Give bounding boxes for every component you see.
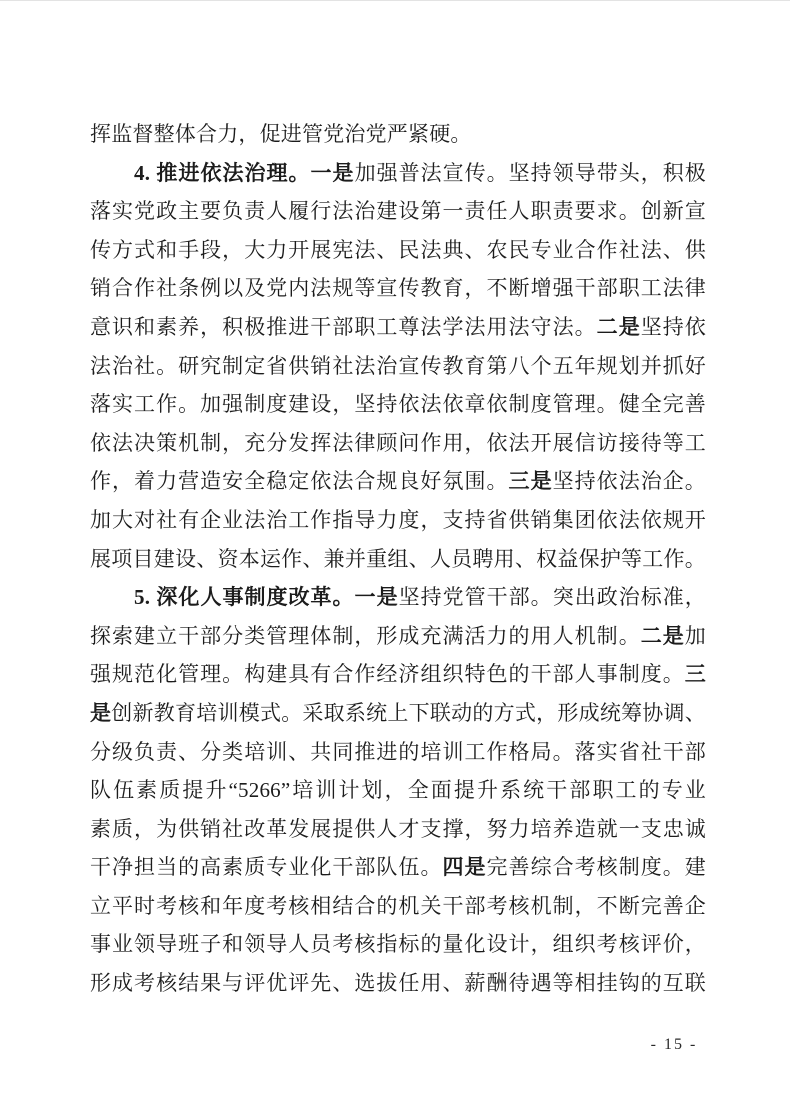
text-line: 挥监督整体合力，促进管党治党严紧硬。 [90,115,706,154]
text-line: 立平时考核和年度考核相结合的机关干部考核机制，不断完善企 [90,887,706,926]
text-segment: 坚持党管干部。突出政治标准， [399,585,706,609]
bold-text-segment: 4. 推进依法治理。一是 [134,161,355,185]
text-line: 强规范化管理。构建具有合作经济组织特色的干部人事制度。三 [90,655,706,694]
text-segment: 展项目建设、资本运作、兼并重组、人员聘用、权益保护等工作。 [90,547,706,571]
text-segment: 加大对社有企业法治工作指导力度，支持省供销集团依法依规开 [90,508,706,532]
text-line: 素质，为供销社改革发展提供人才支撑，努力培养造就一支忠诚 [90,810,706,849]
bold-text-segment: 二是 [597,315,641,339]
text-line: 法治社。研究制定省供销社法治宣传教育第八个五年规划并抓好 [90,347,706,386]
text-segment: 事业领导班子和领导人员考核指标的量化设计，组织考核评价， [90,932,706,956]
text-line: 加大对社有企业法治工作指导力度，支持省供销集团依法依规开 [90,501,706,540]
text-segment: 作，着力营造安全稳定依法合规良好氛围。 [90,469,509,493]
text-segment: 坚持依法治企。 [553,469,706,493]
text-segment: 销合作社条例以及党内法规等宣传教育，不断增强干部职工法律 [90,276,706,300]
bold-text-segment: 是 [90,701,111,725]
text-line: 落实党政主要负责人履行法治建设第一责任人职责要求。创新宣 [90,192,706,231]
text-line: 展项目建设、资本运作、兼并重组、人员聘用、权益保护等工作。 [90,540,706,579]
text-line: 是创新教育培训模式。采取系统上下联动的方式，形成统筹协调、 [90,694,706,733]
text-segment: 分级负责、分类培训、共同推进的培训工作格局。落实省社干部 [90,740,706,764]
text-segment: 意识和素养，积极推进干部职工尊法学法用法守法。 [90,315,597,339]
document-page: 挥监督整体合力，促进管党治党严紧硬。4. 推进依法治理。一是加强普法宣传。坚持领… [0,0,790,1118]
text-line: 形成考核结果与评优评先、选拔任用、薪酬待遇等相挂钩的互联 [90,964,706,1003]
text-line: 分级负责、分类培训、共同推进的培训工作格局。落实省社干部 [90,733,706,772]
bold-text-segment: 四是 [442,855,486,879]
page-number: - 15 - [644,1034,704,1056]
text-line: 干净担当的高素质专业化干部队伍。四是完善综合考核制度。建 [90,848,706,887]
text-segment: 立平时考核和年度考核相结合的机关干部考核机制，不断完善企 [90,894,706,918]
text-segment: 加 [685,624,706,648]
bold-text-segment: 5. 深化人事制度改革。一是 [134,585,399,609]
text-line: 探索建立干部分类管理体制，形成充满活力的用人机制。二是加 [90,617,706,656]
text-line: 落实工作。加强制度建设，坚持依法依章依制度管理。健全完善 [90,385,706,424]
text-line: 销合作社条例以及党内法规等宣传教育，不断增强干部职工法律 [90,269,706,308]
bold-text-segment: 二是 [641,624,685,648]
text-segment: 加强普法宣传。坚持领导带头，积极 [355,161,706,185]
text-segment: 探索建立干部分类管理体制，形成充满活力的用人机制。 [90,624,641,648]
text-segment: 坚持依 [641,315,706,339]
text-segment: 素质，为供销社改革发展提供人才支撑，努力培养造就一支忠诚 [90,817,706,841]
text-segment: 形成考核结果与评优评先、选拔任用、薪酬待遇等相挂钩的互联 [90,971,706,995]
text-line: 依法决策机制，充分发挥法律顾问作用，依法开展信访接待等工 [90,424,706,463]
text-segment: 创新教育培训模式。采取系统上下联动的方式，形成统筹协调、 [111,701,706,725]
text-segment: 挥监督整体合力，促进管党治党严紧硬。 [90,122,472,146]
text-segment: 干净担当的高素质专业化干部队伍。 [90,855,442,879]
text-segment: 落实工作。加强制度建设，坚持依法依章依制度管理。健全完善 [90,392,706,416]
text-line: 队伍素质提升“5266”培训计划，全面提升系统干部职工的专业 [90,771,706,810]
text-line: 5. 深化人事制度改革。一是坚持党管干部。突出政治标准， [90,578,706,617]
document-text: 挥监督整体合力，促进管党治党严紧硬。4. 推进依法治理。一是加强普法宣传。坚持领… [90,115,706,1003]
text-segment: 强规范化管理。构建具有合作经济组织特色的干部人事制度。 [90,662,685,686]
text-line: 4. 推进依法治理。一是加强普法宣传。坚持领导带头，积极 [90,154,706,193]
bold-text-segment: 三是 [509,469,553,493]
text-line: 事业领导班子和领导人员考核指标的量化设计，组织考核评价， [90,925,706,964]
text-line: 传方式和手段，大力开展宪法、民法典、农民专业合作社法、供 [90,231,706,270]
text-segment: 依法决策机制，充分发挥法律顾问作用，依法开展信访接待等工 [90,431,706,455]
text-line: 意识和素养，积极推进干部职工尊法学法用法守法。二是坚持依 [90,308,706,347]
text-segment: 队伍素质提升“5266”培训计划，全面提升系统干部职工的专业 [90,778,706,802]
text-segment: 完善综合考核制度。建 [487,855,706,879]
bold-text-segment: 三 [685,662,706,686]
text-line: 作，着力营造安全稳定依法合规良好氛围。三是坚持依法治企。 [90,462,706,501]
scan-edge [0,0,790,1]
text-segment: 传方式和手段，大力开展宪法、民法典、农民专业合作社法、供 [90,238,706,262]
text-segment: 法治社。研究制定省供销社法治宣传教育第八个五年规划并抓好 [90,354,706,378]
text-segment: 落实党政主要负责人履行法治建设第一责任人职责要求。创新宣 [90,199,706,223]
